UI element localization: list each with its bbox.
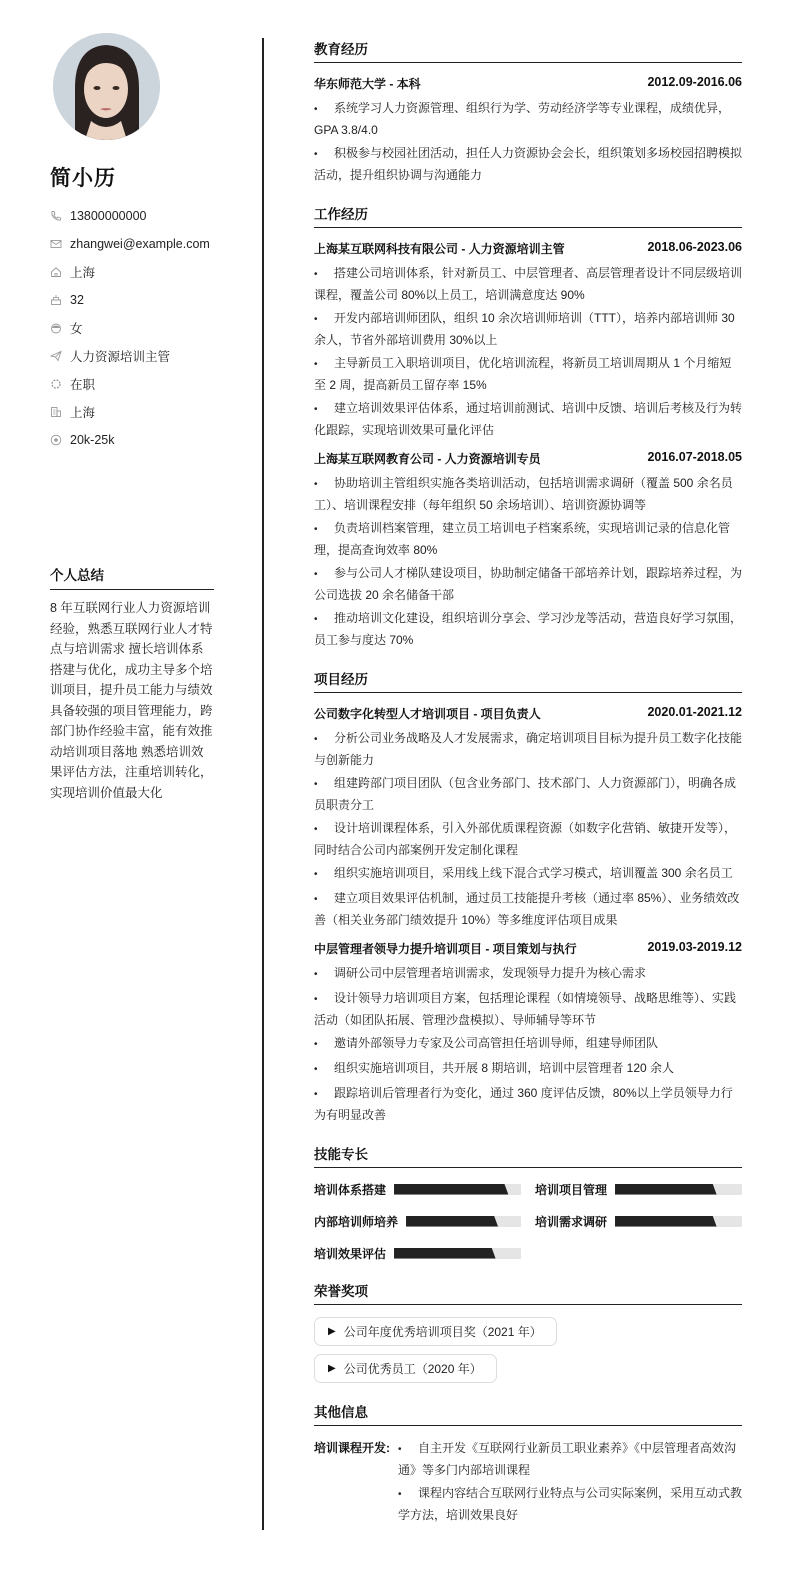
disclosure-triangle-icon: ▶: [328, 1326, 336, 1337]
entry-date: 2019.03-2019.12: [647, 940, 742, 957]
section-title: 荣誉奖项: [314, 1280, 742, 1305]
list-item: •负责培训档案管理，建立员工培训电子档案系统，实现培训记录的信息化管理，提高查询…: [314, 518, 742, 560]
skills-section: 技能专长 培训体系搭建 培训项目管理 内部培训师培养 培训需求调研 培训效果评估: [314, 1143, 742, 1262]
skill-item: 培训效果评估: [314, 1244, 521, 1262]
entry-heading: 公司数字化转型人才培训项目 - 项目负责人: [314, 705, 541, 722]
city-value: 上海: [70, 403, 95, 421]
candidate-name: 简小历: [50, 162, 116, 192]
list-item: •建立项目效果评估机制，通过员工技能提升考核（通过率 85%）、业务绩效改善（相…: [314, 888, 742, 930]
age-value: 32: [70, 293, 84, 307]
phone-value: 13800000000: [70, 209, 146, 223]
entry-date: 2020.01-2021.12: [647, 705, 742, 722]
gender-icon: [50, 322, 62, 334]
list-item: •组织实施培训项目，采用线上线下混合式学习模式，培训覆盖 300 余名员工: [314, 863, 742, 885]
list-item: •设计领导力培训项目方案，包括理论课程（如情境领导、战略思维等）、实践活动（如团…: [314, 988, 742, 1030]
list-item: •分析公司业务战略及人才发展需求，确定培训项目目标为提升员工数字化技能与创新能力: [314, 728, 742, 770]
project-entry: 公司数字化转型人才培训项目 - 项目负责人 2020.01-2021.12 •分…: [314, 705, 742, 930]
skill-label: 培训项目管理: [535, 1181, 607, 1198]
info-phone: 13800000000: [50, 202, 250, 230]
age-icon: [50, 294, 62, 306]
skill-bar: [615, 1184, 742, 1195]
list-item: •建立培训效果评估体系，通过培训前测试、培训中反馈、培训后考核及行为转化跟踪，实…: [314, 398, 742, 440]
skills-grid: 培训体系搭建 培训项目管理 内部培训师培养 培训需求调研 培训效果评估: [314, 1180, 742, 1262]
skill-label: 培训体系搭建: [314, 1181, 386, 1198]
list-item: •邀请外部领导力专家及公司高管担任培训导师，组建导师团队: [314, 1033, 742, 1055]
skill-fill: [394, 1184, 508, 1195]
salary-icon: [50, 434, 62, 446]
section-title: 教育经历: [314, 38, 742, 63]
section-title: 项目经历: [314, 668, 742, 693]
location-value: 上海: [70, 263, 95, 281]
award-label: 公司年度优秀培训项目奖（2021 年）: [344, 1323, 542, 1340]
education-section: 教育经历 华东师范大学 - 本科 2012.09-2016.06 •系统学习人力…: [314, 38, 742, 185]
gender-value: 女: [70, 319, 83, 337]
projects-section: 项目经历 公司数字化转型人才培训项目 - 项目负责人 2020.01-2021.…: [314, 668, 742, 1125]
avatar: [53, 33, 160, 140]
entry-heading: 上海某互联网科技有限公司 - 人力资源培训主管: [314, 240, 565, 257]
list-item: •课程内容结合互联网行业特点与公司实际案例，采用互动式教学方法，培训效果良好: [398, 1483, 742, 1525]
other-section: 其他信息 培训课程开发: •自主开发《互联网行业新员工职业素养》《中层管理者高效…: [314, 1401, 742, 1528]
profile-photo: [53, 33, 160, 140]
column-divider: [262, 38, 264, 1530]
work-entry: 上海某互联网教育公司 - 人力资源培训专员 2016.07-2018.05 •协…: [314, 450, 742, 650]
info-age: 32: [50, 286, 250, 314]
sidebar: 简小历 13800000000 zhangwei@example.com 上海 …: [0, 0, 262, 1572]
entry-date: 2012.09-2016.06: [647, 75, 742, 92]
list-item: •组建跨部门项目团队（包含业务部门、技术部门、人力资源部门），明确各成员职责分工: [314, 773, 742, 815]
skill-item: 培训需求调研: [535, 1212, 742, 1230]
skill-item: 培训体系搭建: [314, 1180, 521, 1198]
disclosure-triangle-icon: ▶: [328, 1363, 336, 1374]
summary-text: 8 年互联网行业人力资源培训经验，熟悉互联网行业人才特点与培训需求 擅长培训体系…: [50, 598, 214, 803]
summary-title: 个人总结: [50, 564, 214, 590]
skill-fill: [406, 1216, 498, 1227]
awards-section: 荣誉奖项 ▶ 公司年度优秀培训项目奖（2021 年） ▶ 公司优秀员工（2020…: [314, 1280, 742, 1383]
other-info-label: 培训课程开发:: [314, 1438, 398, 1528]
info-position: 人力资源培训主管: [50, 342, 250, 370]
skill-label: 培训效果评估: [314, 1245, 386, 1262]
entry-heading: 上海某互联网教育公司 - 人力资源培训专员: [314, 450, 541, 467]
skill-label: 培训需求调研: [535, 1213, 607, 1230]
section-title: 技能专长: [314, 1143, 742, 1168]
contact-info-list: 13800000000 zhangwei@example.com 上海 32 女…: [50, 202, 250, 454]
list-item: •主导新员工入职培训项目，优化培训流程，将新员工培训周期从 1 个月缩短至 2 …: [314, 353, 742, 395]
status-icon: [50, 378, 62, 390]
list-item: •系统学习人力资源管理、组织行为学、劳动经济学等专业课程，成绩优异，GPA 3.…: [314, 98, 742, 140]
home-icon: [50, 266, 62, 278]
awards-list: ▶ 公司年度优秀培训项目奖（2021 年） ▶ 公司优秀员工（2020 年）: [314, 1317, 742, 1383]
info-gender: 女: [50, 314, 250, 342]
skill-fill: [615, 1184, 717, 1195]
award-item[interactable]: ▶ 公司年度优秀培训项目奖（2021 年）: [314, 1317, 557, 1346]
list-item: •积极参与校园社团活动，担任人力资源协会会长，组织策划多场校园招聘模拟活动，提升…: [314, 143, 742, 185]
skill-bar: [394, 1248, 521, 1259]
skill-label: 内部培训师培养: [314, 1213, 398, 1230]
section-title: 工作经历: [314, 203, 742, 228]
skill-item: 内部培训师培养: [314, 1212, 521, 1230]
position-icon: [50, 350, 62, 362]
info-salary: 20k-25k: [50, 426, 250, 454]
list-item: •开发内部培训师团队，组织 10 余次培训师培训（TTT），培养内部培训师 30…: [314, 308, 742, 350]
list-item: •搭建公司培训体系，针对新员工、中层管理者、高层管理者设计不同层级培训课程，覆盖…: [314, 263, 742, 305]
entry-date: 2016.07-2018.05: [647, 450, 742, 467]
salary-value: 20k-25k: [70, 433, 114, 447]
entry-heading: 中层管理者领导力提升培训项目 - 项目策划与执行: [314, 940, 577, 957]
project-entry: 中层管理者领导力提升培训项目 - 项目策划与执行 2019.03-2019.12…: [314, 940, 742, 1125]
info-location: 上海: [50, 258, 250, 286]
skill-item: 培训项目管理: [535, 1180, 742, 1198]
list-item: •设计培训课程体系，引入外部优质课程资源（如数字化营销、敏捷开发等），同时结合公…: [314, 818, 742, 860]
skill-bar: [406, 1216, 521, 1227]
list-item: •推动培训文化建设，组织培训分享会、学习沙龙等活动，营造良好学习氛围，员工参与度…: [314, 608, 742, 650]
info-status: 在职: [50, 370, 250, 398]
list-item: •协助培训主管组织实施各类培训活动，包括培训需求调研（覆盖 500 余名员工）、…: [314, 473, 742, 515]
info-city: 上海: [50, 398, 250, 426]
skill-fill: [615, 1216, 717, 1227]
email-icon: [50, 238, 62, 250]
phone-icon: [50, 210, 62, 222]
list-item: •组织实施培训项目，共开展 8 期培训，培训中层管理者 120 余人: [314, 1058, 742, 1080]
other-info-list: •自主开发《互联网行业新员工职业素养》《中层管理者高效沟通》等多门内部培训课程 …: [398, 1438, 742, 1528]
list-item: •调研公司中层管理者培训需求，发现领导力提升为核心需求: [314, 963, 742, 985]
list-item: •参与公司人才梯队建设项目，协助制定储备干部培养计划，跟踪培养过程，为公司选拔 …: [314, 563, 742, 605]
list-item: •跟踪培训后管理者行为变化，通过 360 度评估反馈，80%以上学员领导力行为有…: [314, 1083, 742, 1125]
skill-bar: [394, 1184, 521, 1195]
other-info-row: 培训课程开发: •自主开发《互联网行业新员工职业素养》《中层管理者高效沟通》等多…: [314, 1438, 742, 1528]
education-entry: 华东师范大学 - 本科 2012.09-2016.06 •系统学习人力资源管理、…: [314, 75, 742, 185]
info-email: zhangwei@example.com: [50, 230, 250, 258]
status-value: 在职: [70, 375, 95, 393]
main-content: 教育经历 华东师范大学 - 本科 2012.09-2016.06 •系统学习人力…: [314, 38, 742, 1546]
section-title: 其他信息: [314, 1401, 742, 1426]
list-item: •自主开发《互联网行业新员工职业素养》《中层管理者高效沟通》等多门内部培训课程: [398, 1438, 742, 1480]
entry-date: 2018.06-2023.06: [647, 240, 742, 257]
skill-fill: [394, 1248, 496, 1259]
work-section: 工作经历 上海某互联网科技有限公司 - 人力资源培训主管 2018.06-202…: [314, 203, 742, 650]
city-icon: [50, 406, 62, 418]
entry-heading: 华东师范大学 - 本科: [314, 75, 421, 92]
award-item[interactable]: ▶ 公司优秀员工（2020 年）: [314, 1354, 497, 1383]
email-value: zhangwei@example.com: [70, 237, 210, 251]
award-label: 公司优秀员工（2020 年）: [344, 1360, 482, 1377]
skill-bar: [615, 1216, 742, 1227]
position-value: 人力资源培训主管: [70, 347, 170, 365]
work-entry: 上海某互联网科技有限公司 - 人力资源培训主管 2018.06-2023.06 …: [314, 240, 742, 440]
